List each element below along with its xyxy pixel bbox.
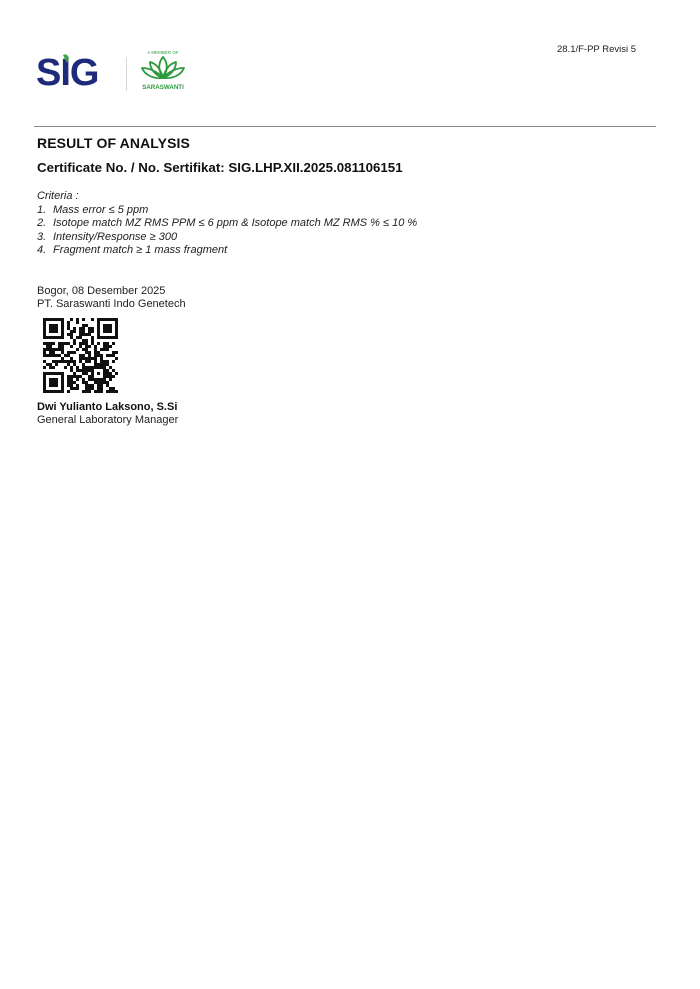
criteria-item-number: 1. — [37, 204, 53, 218]
criteria-item-number: 4. — [37, 244, 53, 258]
company-name: PT. Saraswanti Indo Genetech — [37, 298, 186, 310]
criteria-item-number: 3. — [37, 231, 53, 245]
certificate-number: SIG.LHP.XII.2025.081106151 — [228, 160, 402, 175]
saraswanti-caption: A MEMBER OF — [147, 50, 179, 55]
criteria-heading: Criteria : — [37, 190, 417, 204]
criteria-item: 2.Isotope match MZ RMS PPM ≤ 6 ppm & Iso… — [37, 217, 417, 231]
logo-divider — [126, 57, 127, 91]
criteria-item-text: Mass error ≤ 5 ppm — [53, 204, 148, 216]
certificate-label: Certificate No. / No. Sertifikat: — [37, 160, 225, 175]
criteria-item: 4.Fragment match ≥ 1 mass fragment — [37, 244, 417, 258]
criteria-item-text: Intensity/Response ≥ 300 — [53, 231, 177, 243]
criteria-item-number: 2. — [37, 217, 53, 231]
saraswanti-text: SARASWANTI — [142, 84, 184, 91]
saraswanti-logo-icon: A MEMBER OF SARASWANTI — [136, 48, 190, 92]
document-title: RESULT OF ANALYSIS — [37, 135, 190, 151]
form-code: 28.1/F-PP Revisi 5 — [557, 44, 636, 55]
signer-role: General Laboratory Manager — [37, 414, 178, 426]
certificate-number-line: Certificate No. / No. Sertifikat: SIG.LH… — [37, 160, 403, 175]
criteria-list: Criteria : 1.Mass error ≤ 5 ppm 2.Isotop… — [37, 190, 417, 258]
header-divider — [34, 126, 656, 127]
signer-name: Dwi Yulianto Laksono, S.Si — [37, 401, 177, 413]
sig-logo-icon: SIG — [36, 51, 112, 91]
criteria-item-text: Isotope match MZ RMS PPM ≤ 6 ppm & Isoto… — [53, 217, 417, 229]
criteria-item: 1.Mass error ≤ 5 ppm — [37, 204, 417, 218]
place-date: Bogor, 08 Desember 2025 — [37, 285, 165, 297]
qr-code-icon — [43, 318, 118, 393]
criteria-item-text: Fragment match ≥ 1 mass fragment — [53, 244, 227, 256]
criteria-item: 3.Intensity/Response ≥ 300 — [37, 231, 417, 245]
